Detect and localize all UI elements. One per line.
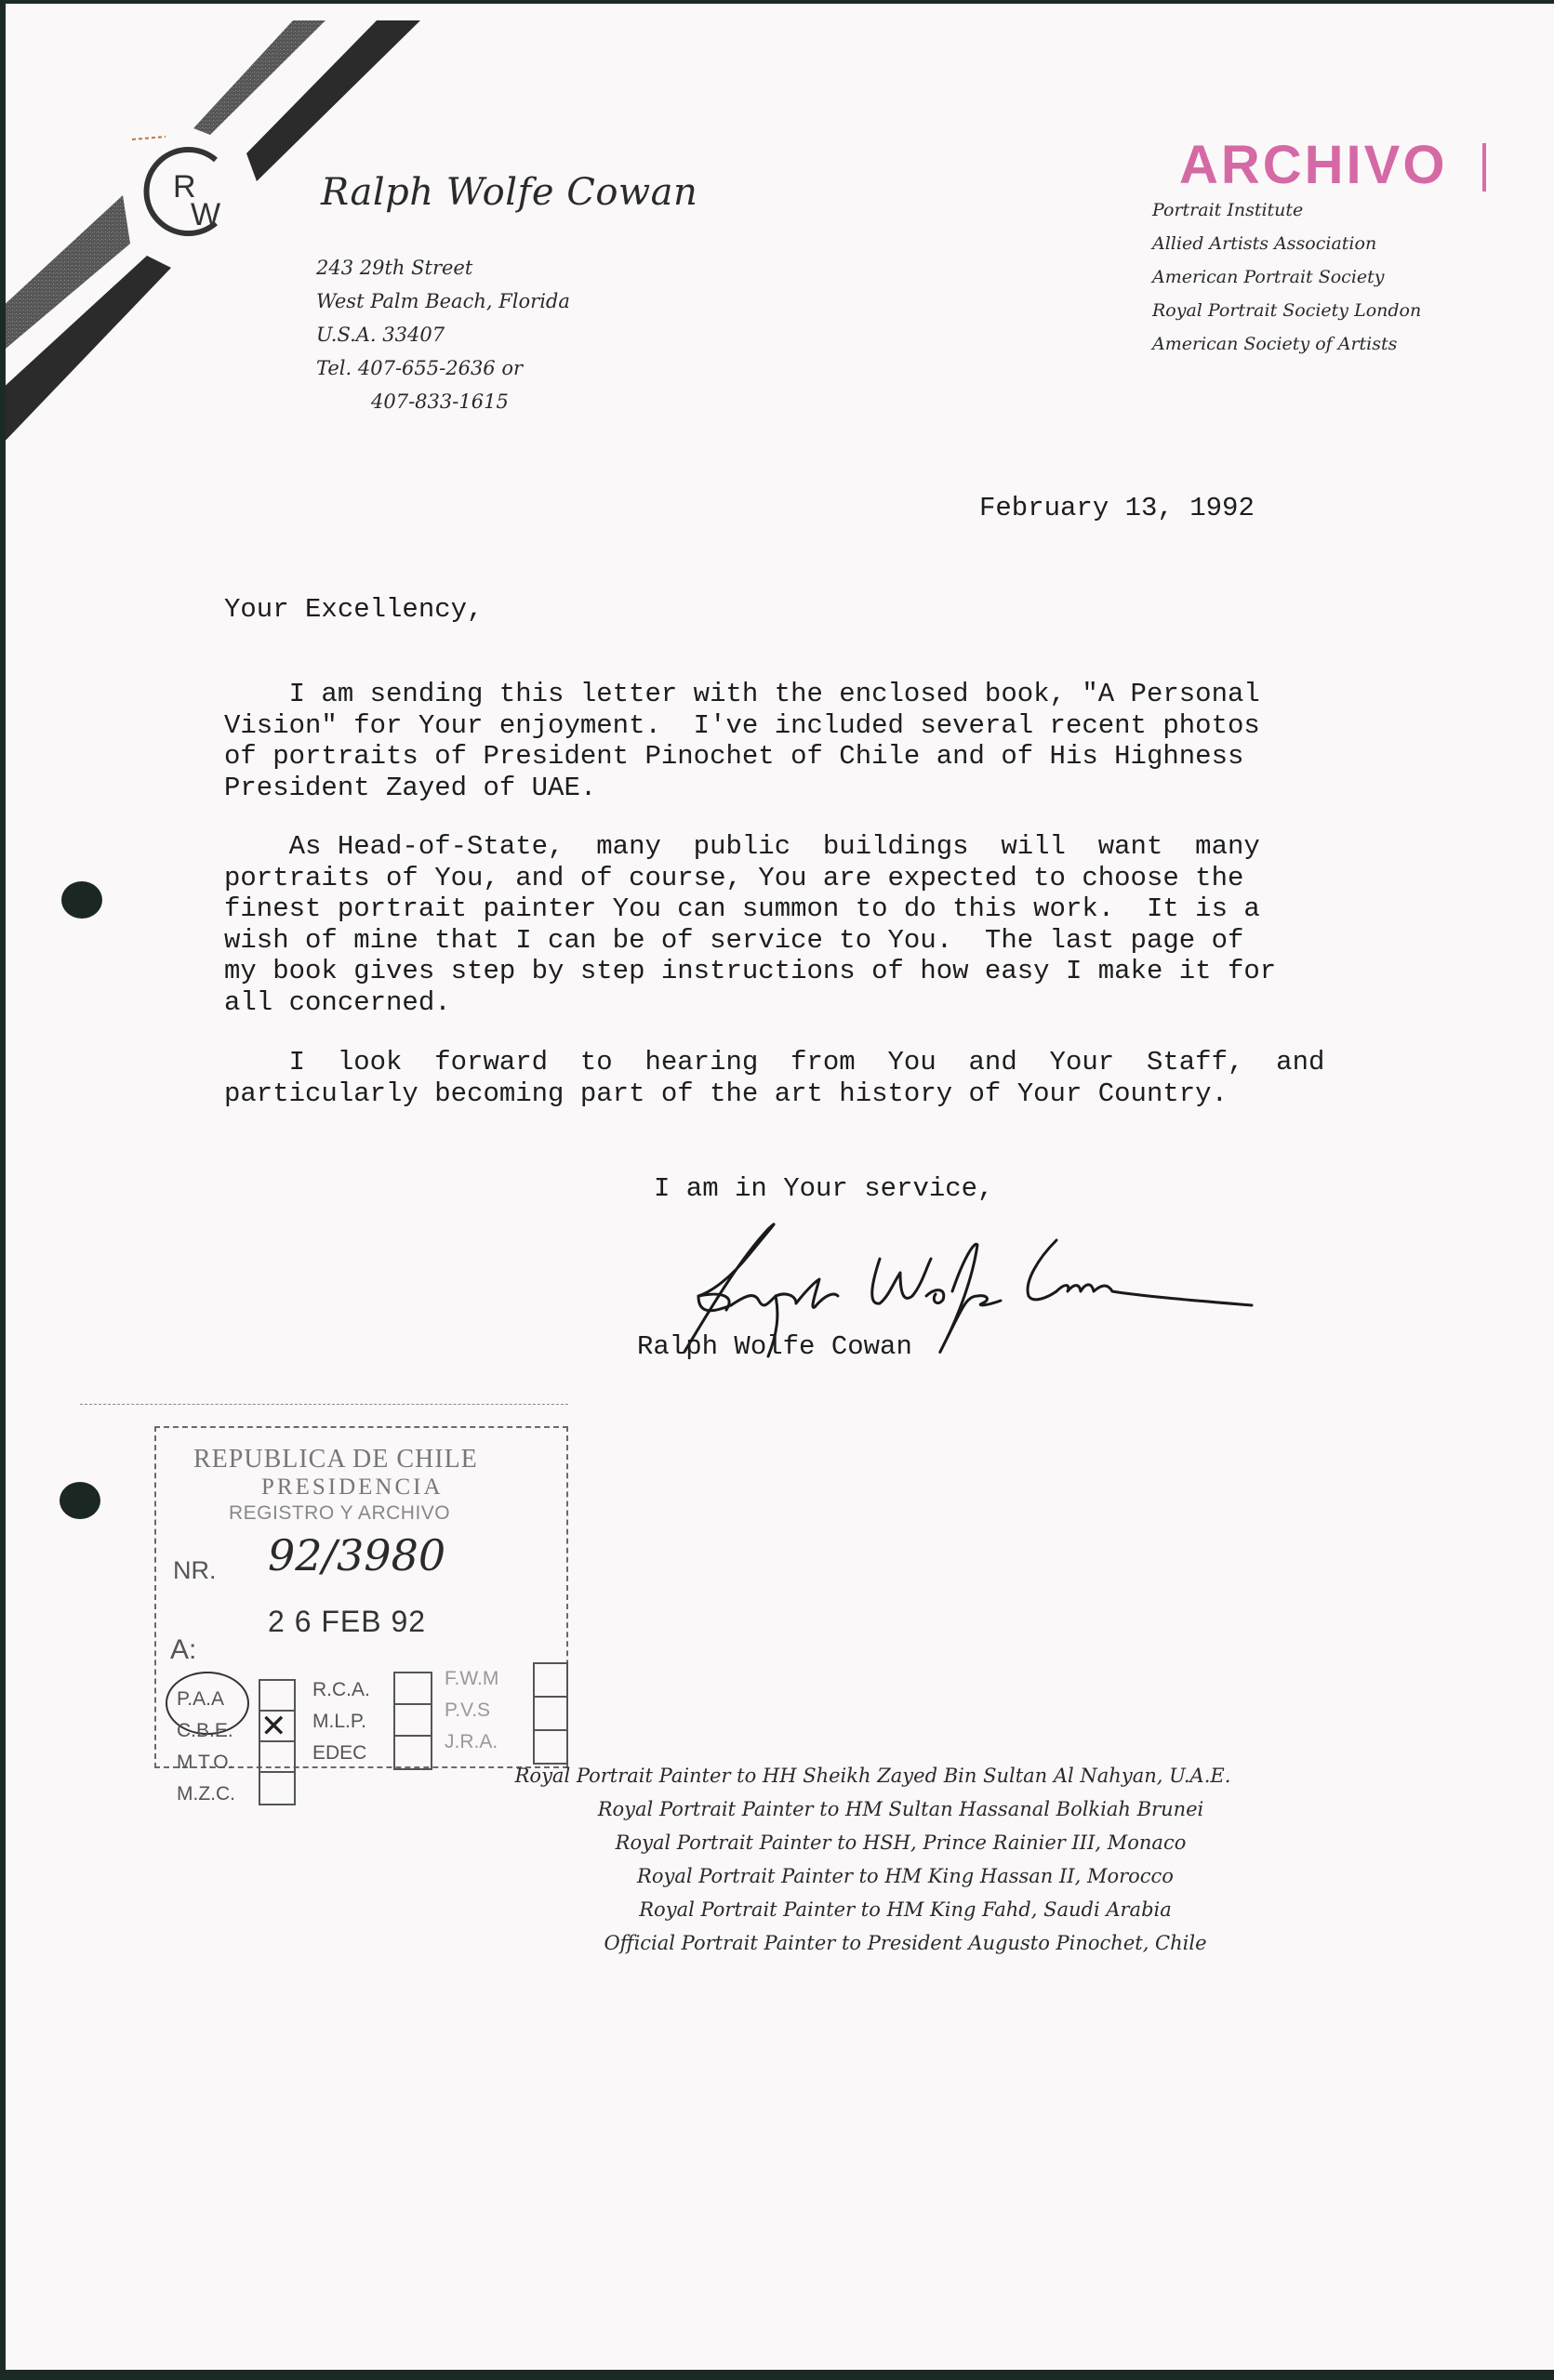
routing-checkbox[interactable] [260,1681,294,1712]
signature-name: Ralph Wolfe Cowan [637,1331,912,1362]
appointment: Royal Portrait Painter to HH Sheikh Zaye… [192,1759,1554,1792]
check-mark-icon: ✕ [260,1712,287,1740]
stamp-a-label: A: [170,1634,196,1666]
address-line: U.S.A. 33407 [316,318,570,351]
appointment: Royal Portrait Painter to HSH, Prince Ra… [247,1826,1554,1859]
appointment: Royal Portrait Painter to HM Sultan Hass… [247,1792,1554,1826]
address-line: 407-833-1615 [316,385,570,418]
appointment: Official Portrait Painter to President A… [257,1926,1554,1960]
svg-text:W: W [191,197,220,232]
scanner-edge [0,2370,1554,2380]
routing-checkbox[interactable] [535,1698,566,1731]
address-line: West Palm Beach, Florida [316,284,570,318]
stamp-nr-label: NR. [173,1556,217,1585]
routing-checkbox[interactable] [535,1664,566,1698]
routing-column-3: F.W.M P.V.S J.R.A. [445,1663,498,1758]
paragraph-2: As Head-of-State, many public buildings … [224,831,1433,1018]
routing-code: R.C.A. [312,1674,370,1706]
affiliation: Portrait Institute [1152,193,1421,227]
routing-column-2: R.C.A. M.L.P. EDEC [312,1674,370,1769]
address-line: 243 29th Street [316,251,570,284]
routing-checkbox[interactable] [395,1673,431,1705]
routing-checkbox[interactable] [395,1705,431,1737]
routing-code: F.W.M [445,1663,498,1695]
hole-punch-icon [60,1482,100,1519]
letter-page: R W Ralph Wolfe Cowan 243 29th Street We… [6,4,1554,2370]
affiliation: American Portrait Society [1152,260,1421,294]
stamp-outer-line [80,1404,568,1406]
archivo-stamp-bar [1482,143,1486,192]
stamp-header-1: REPUBLICA DE CHILE [193,1445,478,1474]
routing-code: P.V.S [445,1695,498,1726]
routing-code: C.B.E. [177,1715,235,1747]
sender-name: Ralph Wolfe Cowan [321,171,697,214]
stamp-header-3: REGISTRO Y ARCHIVO [229,1502,450,1525]
paragraph-1: I am sending this letter with the enclos… [224,679,1433,803]
stamp-nr-value: 92/3980 [268,1530,445,1580]
stamp-header-2: PRESIDENCIA [261,1474,444,1501]
routing-boxes-2 [393,1672,432,1770]
address-line: Tel. 407-655-2636 or [316,351,570,385]
appointment: Royal Portrait Painter to HM King Hassan… [257,1859,1554,1893]
closing: I am in Your service, [654,1173,993,1204]
affiliations-list: Portrait Institute Allied Artists Associ… [1152,193,1421,361]
paragraph-3: I look forward to hearing from You and Y… [224,1047,1433,1109]
affiliation: American Society of Artists [1152,327,1421,361]
routing-code: M.L.P. [312,1706,370,1738]
affiliation: Royal Portrait Society London [1152,294,1421,327]
salutation: Your Excellency, [224,594,483,625]
archivo-stamp: ARCHIVO [1179,134,1447,196]
stamp-date: 2 6 FEB 92 [268,1605,426,1639]
appointment: Royal Portrait Painter to HM King Fahd, … [257,1893,1554,1926]
registry-stamp: REPUBLICA DE CHILE PRESIDENCIA REGISTRO … [154,1426,568,1768]
routing-code: P.A.A [177,1684,235,1715]
hole-punch-icon [61,881,102,919]
sender-address: 243 29th Street West Palm Beach, Florida… [316,251,570,418]
routing-boxes-3 [533,1662,568,1765]
affiliation: Allied Artists Association [1152,227,1421,260]
letter-date: February 13, 1992 [979,493,1255,523]
appointments-list: Royal Portrait Painter to HH Sheikh Zaye… [6,1759,1554,1960]
routing-code: J.R.A. [445,1726,498,1758]
